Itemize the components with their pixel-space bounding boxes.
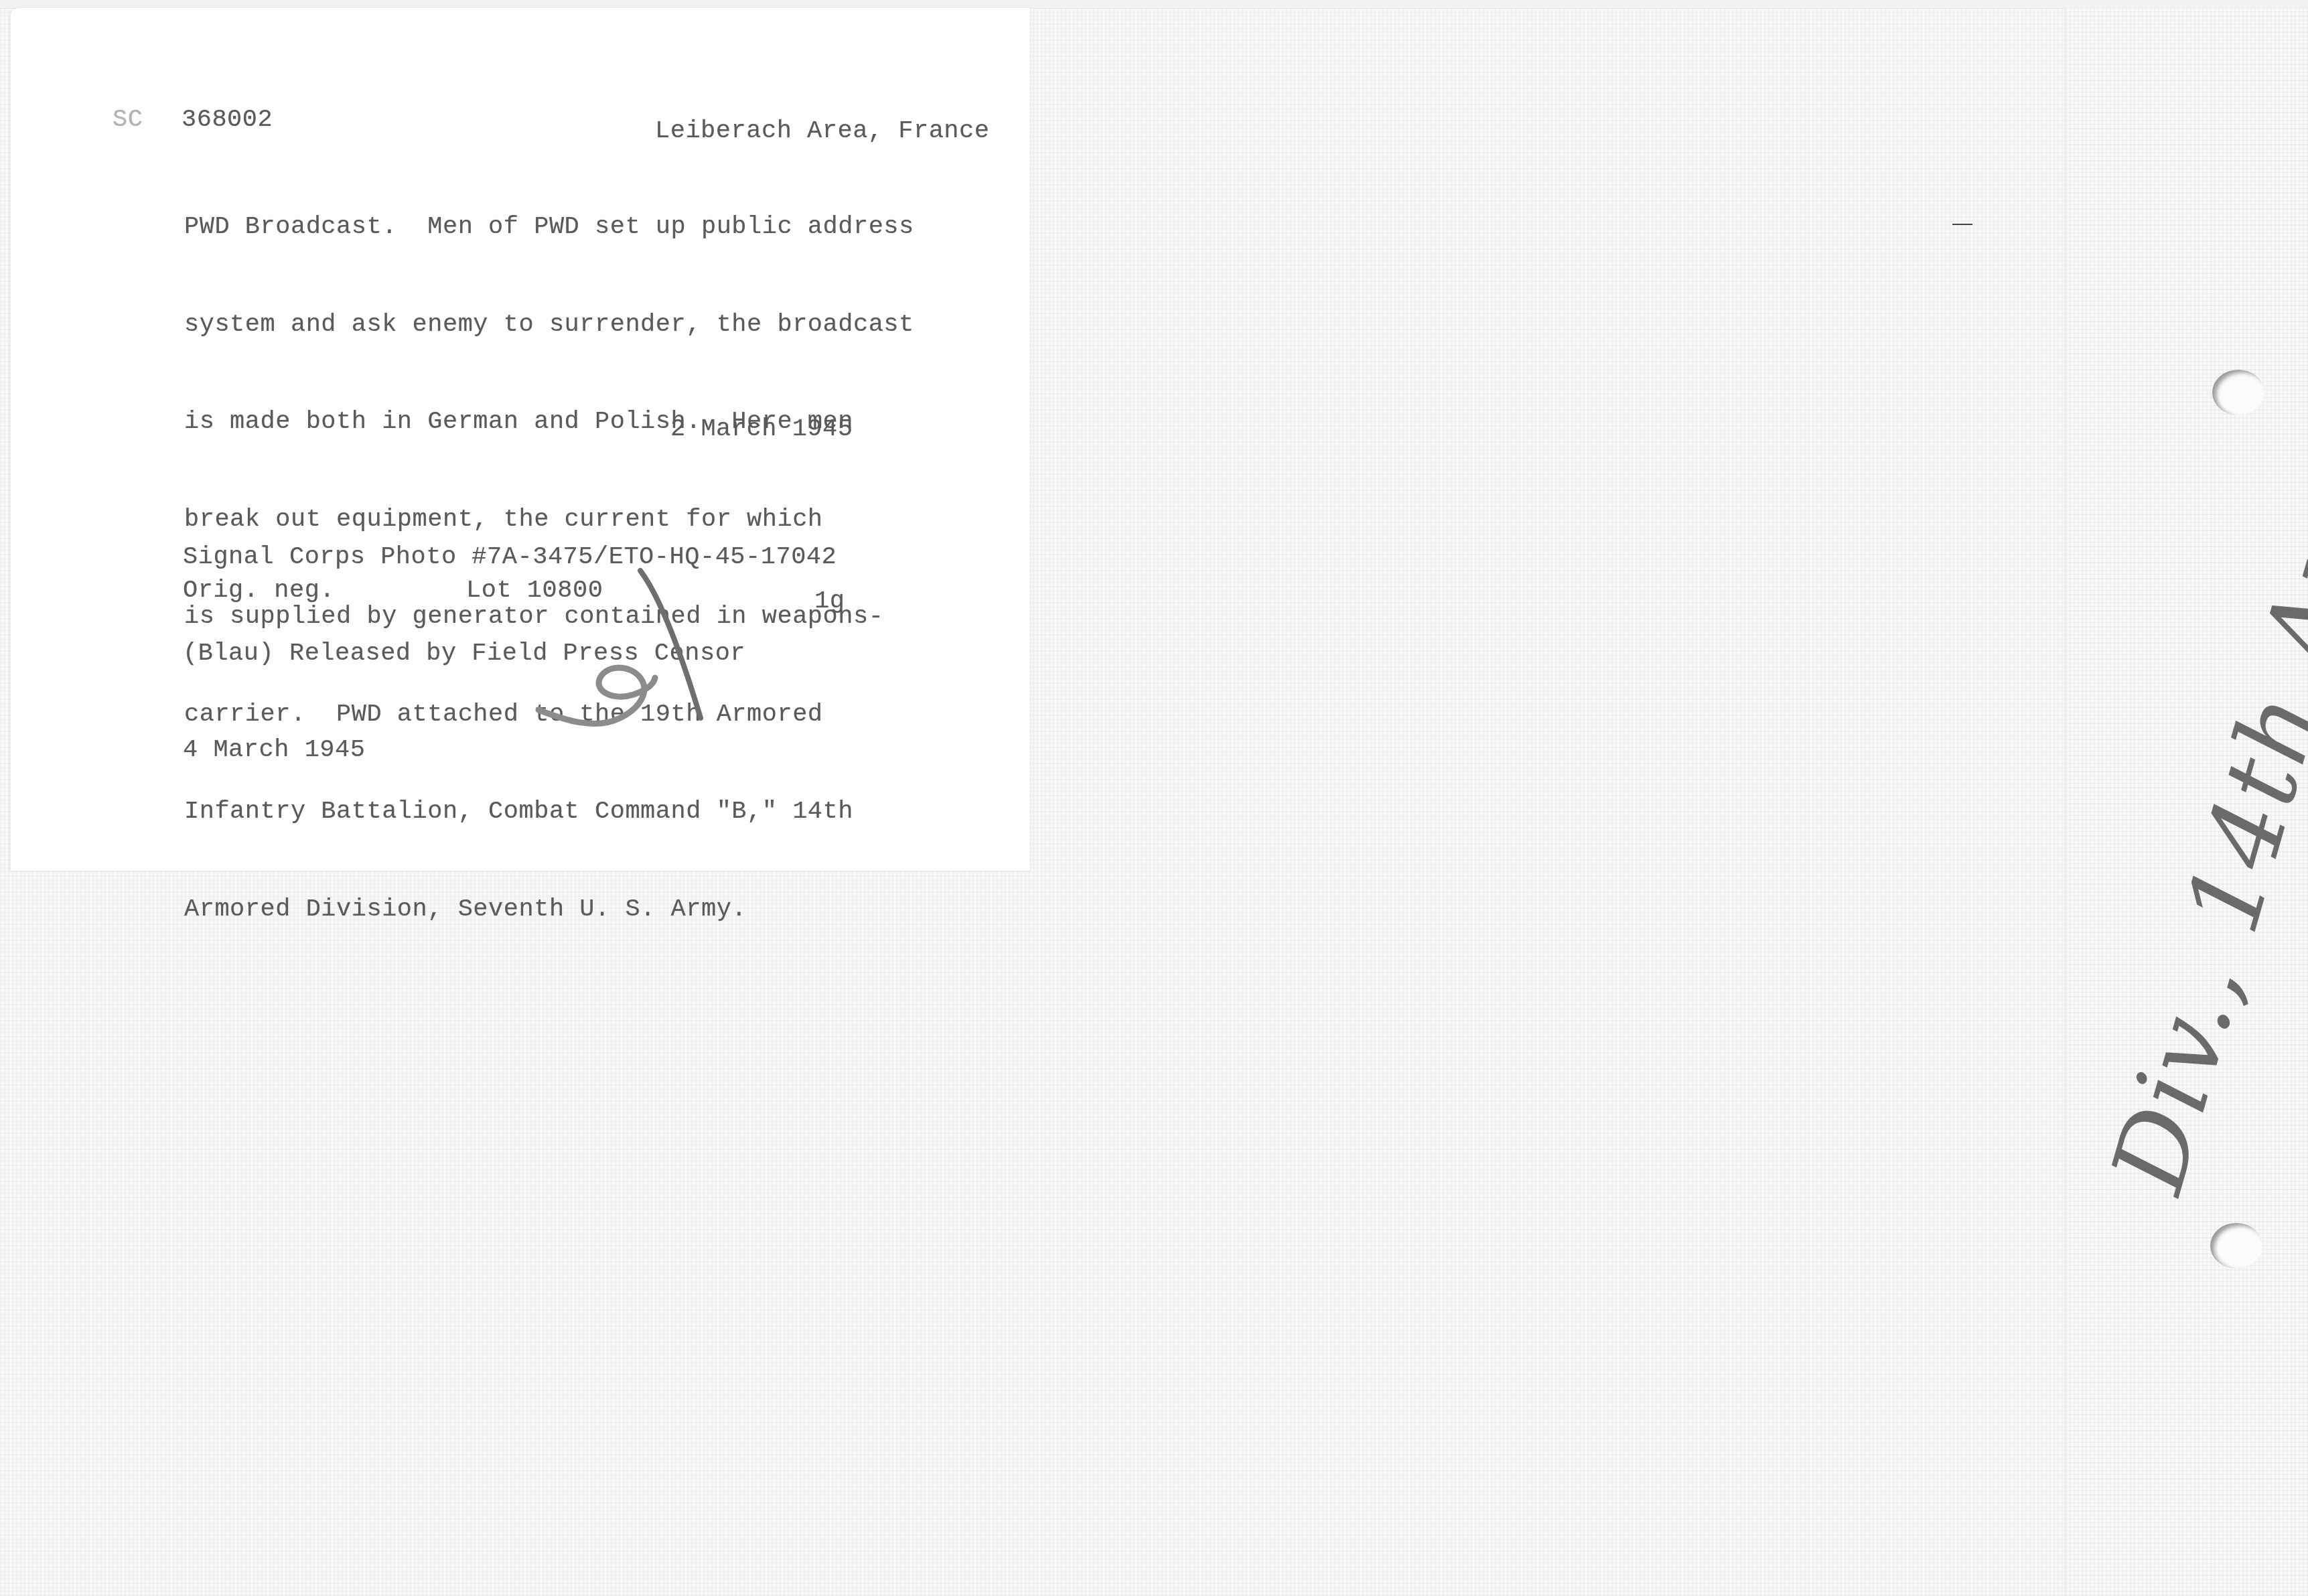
- binder-hole-top: [2212, 370, 2264, 415]
- pencil-slash: [614, 557, 721, 731]
- binder-hole-bottom: [2210, 1223, 2262, 1268]
- sc-prefix: SC: [113, 104, 143, 136]
- credit-line: 4 March 1945: [183, 734, 837, 766]
- caption-line: Armored Division, Seventh U. S. Army.: [184, 893, 914, 926]
- stray-mark: [1952, 224, 1972, 225]
- orig-neg-label: Orig. neg.: [183, 575, 335, 607]
- caption-line: PWD Broadcast. Men of PWD set up public …: [184, 211, 914, 244]
- caption-line: system and ask enemy to surrender, the b…: [184, 309, 914, 342]
- lot-number: Lot 10800: [466, 575, 603, 607]
- credit-block: Signal Corps Photo #7A-3475/ETO-HQ-45-17…: [183, 477, 837, 830]
- photo-number: 368002: [182, 104, 273, 136]
- caption-slip: SC 368002 Leiberach Area, France PWD Bro…: [11, 8, 1030, 871]
- credit-line: Signal Corps Photo #7A-3475/ETO-HQ-45-17…: [183, 541, 837, 573]
- caption-date: 2 March 1945: [670, 413, 853, 445]
- credit-line: (Blau) Released by Field Press Censor: [183, 638, 837, 670]
- lg-mark: 1g: [814, 585, 845, 618]
- location: Leiberach Area, France: [655, 115, 989, 147]
